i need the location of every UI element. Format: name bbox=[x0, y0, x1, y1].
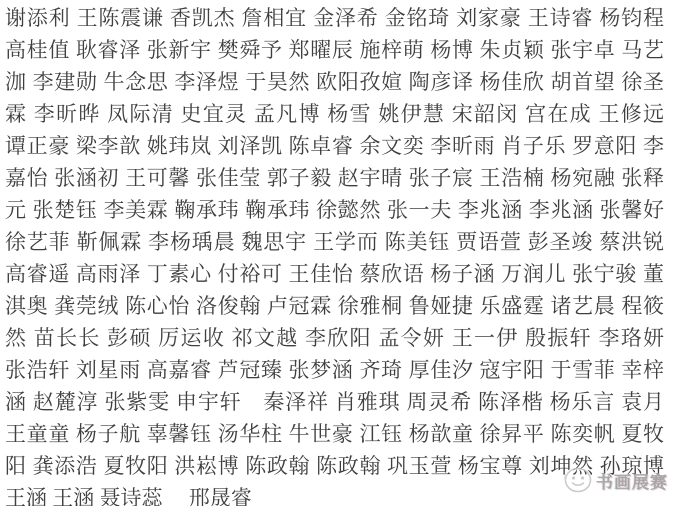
watermark: 书画展赛 bbox=[563, 466, 668, 494]
name-list-line-13: 涵 赵麓淳 张紫雯 申宇轩 秦泽祥 肖雅琪 周灵希 陈泽楷 杨乐言 袁月 bbox=[5, 386, 664, 418]
name-list-line-3: 泇 李建勋 牛念思 李泽煜 于昊然 欧阳孜媗 陶彦译 杨佳欣 胡首望 徐圣 bbox=[5, 66, 664, 98]
name-list-line-7: 元 张楚钰 李美霖 鞠承玮 鞠承玮 徐懿然 张一夫 李兆涵 李兆涵 张馨好 bbox=[5, 194, 664, 226]
name-list-line-10: 淇奥 龚莞绒 陈心怡 洛俊翰 卢冠霖 徐雅桐 鲁娅捷 乐盛霆 诸艺晨 程筱 bbox=[5, 290, 664, 322]
name-list-line-6: 嘉怡 张涵初 王可馨 张佳莹 郭子毅 赵宇晴 张子宸 王浩楠 杨宛融 张释 bbox=[5, 162, 664, 194]
name-list-line-9: 高睿遥 高雨泽 丁素心 付裕可 王佳怡 蔡欣语 杨子涵 万润儿 张宁骏 董 bbox=[5, 258, 664, 290]
name-list-line-1: 谢添利 王陈震谦 香凯杰 詹相宜 金泽希 金铭琦 刘家豪 王诗睿 杨钧程 bbox=[5, 2, 664, 34]
name-list-line-14: 王童童 杨子航 辜馨钰 汤华柱 牛世豪 江钰 杨歆童 徐昇平 陈奕帆 夏牧 bbox=[5, 418, 664, 450]
smiley-stamp-icon bbox=[563, 466, 593, 494]
name-list-line-12: 张浩轩 刘星雨 高嘉睿 芦冠臻 张梦涵 齐琦 厚佳汐 寇宇阳 于雪菲 幸梓 bbox=[5, 354, 664, 386]
watermark-text: 书画展赛 bbox=[596, 468, 668, 493]
name-list-line-8: 徐艺菲 靳佩霖 李杨瑀晨 魏思宇 王学而 陈美钰 贾语萱 彭圣竣 蔡洪锐 bbox=[5, 226, 664, 258]
name-list-line-11: 然 苗长长 彭硕 厉运收 祁文越 李欣阳 孟令妍 王一伊 殷振轩 李珞妍 bbox=[5, 322, 664, 354]
name-list-line-2: 高桂值 耿睿泽 张新宇 樊舜予 郑曜辰 施梓萌 杨博 朱贞颖 张宇卓 马艺 bbox=[5, 34, 664, 66]
name-list-line-4: 霖 李昕晔 凤际清 史宜灵 孟凡博 杨雪 姚伊慧 宋韶闵 宫在成 王修远 bbox=[5, 98, 664, 130]
name-list-line-5: 谭正豪 梁李歆 姚玮岚 刘泽凯 陈卓睿 余文奕 李昕雨 肖子乐 罗意阳 李 bbox=[5, 130, 664, 162]
name-list: 谢添利 王陈震谦 香凯杰 詹相宜 金泽希 金铭琦 刘家豪 王诗睿 杨钧程 高桂值… bbox=[0, 0, 674, 506]
name-list-page: 谢添利 王陈震谦 香凯杰 詹相宜 金泽希 金铭琦 刘家豪 王诗睿 杨钧程 高桂值… bbox=[0, 0, 674, 506]
